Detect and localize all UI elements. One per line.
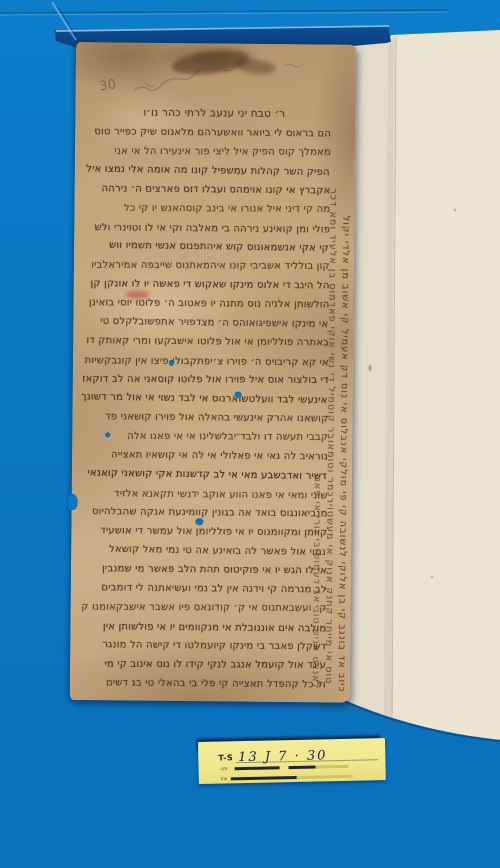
backdrop-seam xyxy=(0,10,448,15)
manuscript-line: מאמלך קוס הפיק איל ליצי פור אינעירו הל א… xyxy=(85,142,331,162)
manuscript-line: אי לו הגש יו אי פוקיטוס תהת הלב פאשר מי … xyxy=(81,559,327,580)
manuscript-fragment: 30 ר׳ טבח יני ענעב לרתי כהר נו׳והם בראוס… xyxy=(70,42,356,703)
manuscript-line: ול כל קהפדל תאצייה קי פלי בי בהאלי טי בג… xyxy=(80,673,326,694)
edge-tear xyxy=(68,494,78,510)
wormhole xyxy=(235,392,242,398)
wormhole xyxy=(105,432,110,437)
manuscript-margin-line: לאנצט אניש טוב אב דעמוש בי גורי אי פאנו xyxy=(309,429,323,689)
cm-unit-label: cm xyxy=(221,766,232,771)
folder-board xyxy=(330,30,500,741)
manuscript-line: באתרה פולליומן אי אול פלוטו אישבקעו ומרי… xyxy=(83,331,329,352)
handwritten-classmark: 13 J 7 · 30 xyxy=(236,749,327,764)
manuscript-line: מנביאונגוס בואד אה בגונין קוומינעת אנקה … xyxy=(81,502,327,523)
classmark-row: T-S 13 J 7 · 30 xyxy=(218,745,377,763)
manuscript-text-block: ר׳ טבח יני ענעב לרתי כהר נו׳והם בראוס לי… xyxy=(80,103,332,694)
wormhole xyxy=(195,518,203,525)
manuscript-line: קון בולליד אשביבי קונו איהמאתנוס שייבפה … xyxy=(84,256,330,276)
manuscript-line: קי אקי אנשמאונוס קוש איהתפנוס אנשי תשמיו… xyxy=(83,235,329,258)
manuscript-line: ר׳ טבח יני ענעב לרתי כהר נו׳ו xyxy=(85,103,331,124)
manuscript-line: מה קי דיני איל אנורו אי בינב קוסהאנש יו … xyxy=(84,199,330,219)
manuscript-line: דשיר ואדבשבע מאי אי לב קדשנות אקי קושאני… xyxy=(81,463,327,486)
classmark-label: T-S 13 J 7 · 30 cm ins xyxy=(198,738,386,784)
manuscript-line: קבבי תעשה דו ולבד־יבלשלינו אי אי פאנו אל… xyxy=(82,427,328,447)
manuscript-line: לב מנרמה קי וידנה אין לב נמי ועשיאתנה לי… xyxy=(81,578,327,599)
manuscript-line: אקברץ אי קונו אוימהס ועבלו דוס פארצים ה׳… xyxy=(85,179,331,200)
manuscript-line: הם בראוס לי ביואר וואשערהם מלאנוס שיק כפ… xyxy=(85,122,331,143)
ins-unit-label: ins xyxy=(221,776,232,781)
manuscript-line: די בולצור אוס איל פוירו אול פלוטו קוסאני… xyxy=(83,370,329,390)
manuscript-line: קושאנו אהרק אינעשי בהאלה אול פוירו קושאנ… xyxy=(82,407,328,428)
manuscript-line: דשקלן פאבר בי מינקו קיועמלטו די קישה הל … xyxy=(80,635,326,656)
pencil-folio-number: 30 xyxy=(99,77,118,94)
wormhole xyxy=(169,360,174,366)
manuscript-line: הל הינב די אלוס מינקו שאקוש די פאשה יו ל… xyxy=(84,274,330,295)
cm-scale-bar xyxy=(235,765,349,770)
photo-canvas: 30 ר׳ טבח יני ענעב לרתי כהר נו׳והם בראוס… xyxy=(0,0,500,868)
manuscript-line: עינד אול קועמל אנגב לנקי קידו לו נוס אינ… xyxy=(80,655,326,675)
classmark-dotted-line: 13 J 7 · 30 xyxy=(236,744,377,763)
collection-prefix: T-S xyxy=(218,753,233,763)
ins-scale-bar xyxy=(231,775,353,781)
manuscript-line: ק׳ ועשבאתנוס אי ק׳ קודונאס פיו אשבר אישב… xyxy=(81,598,327,618)
